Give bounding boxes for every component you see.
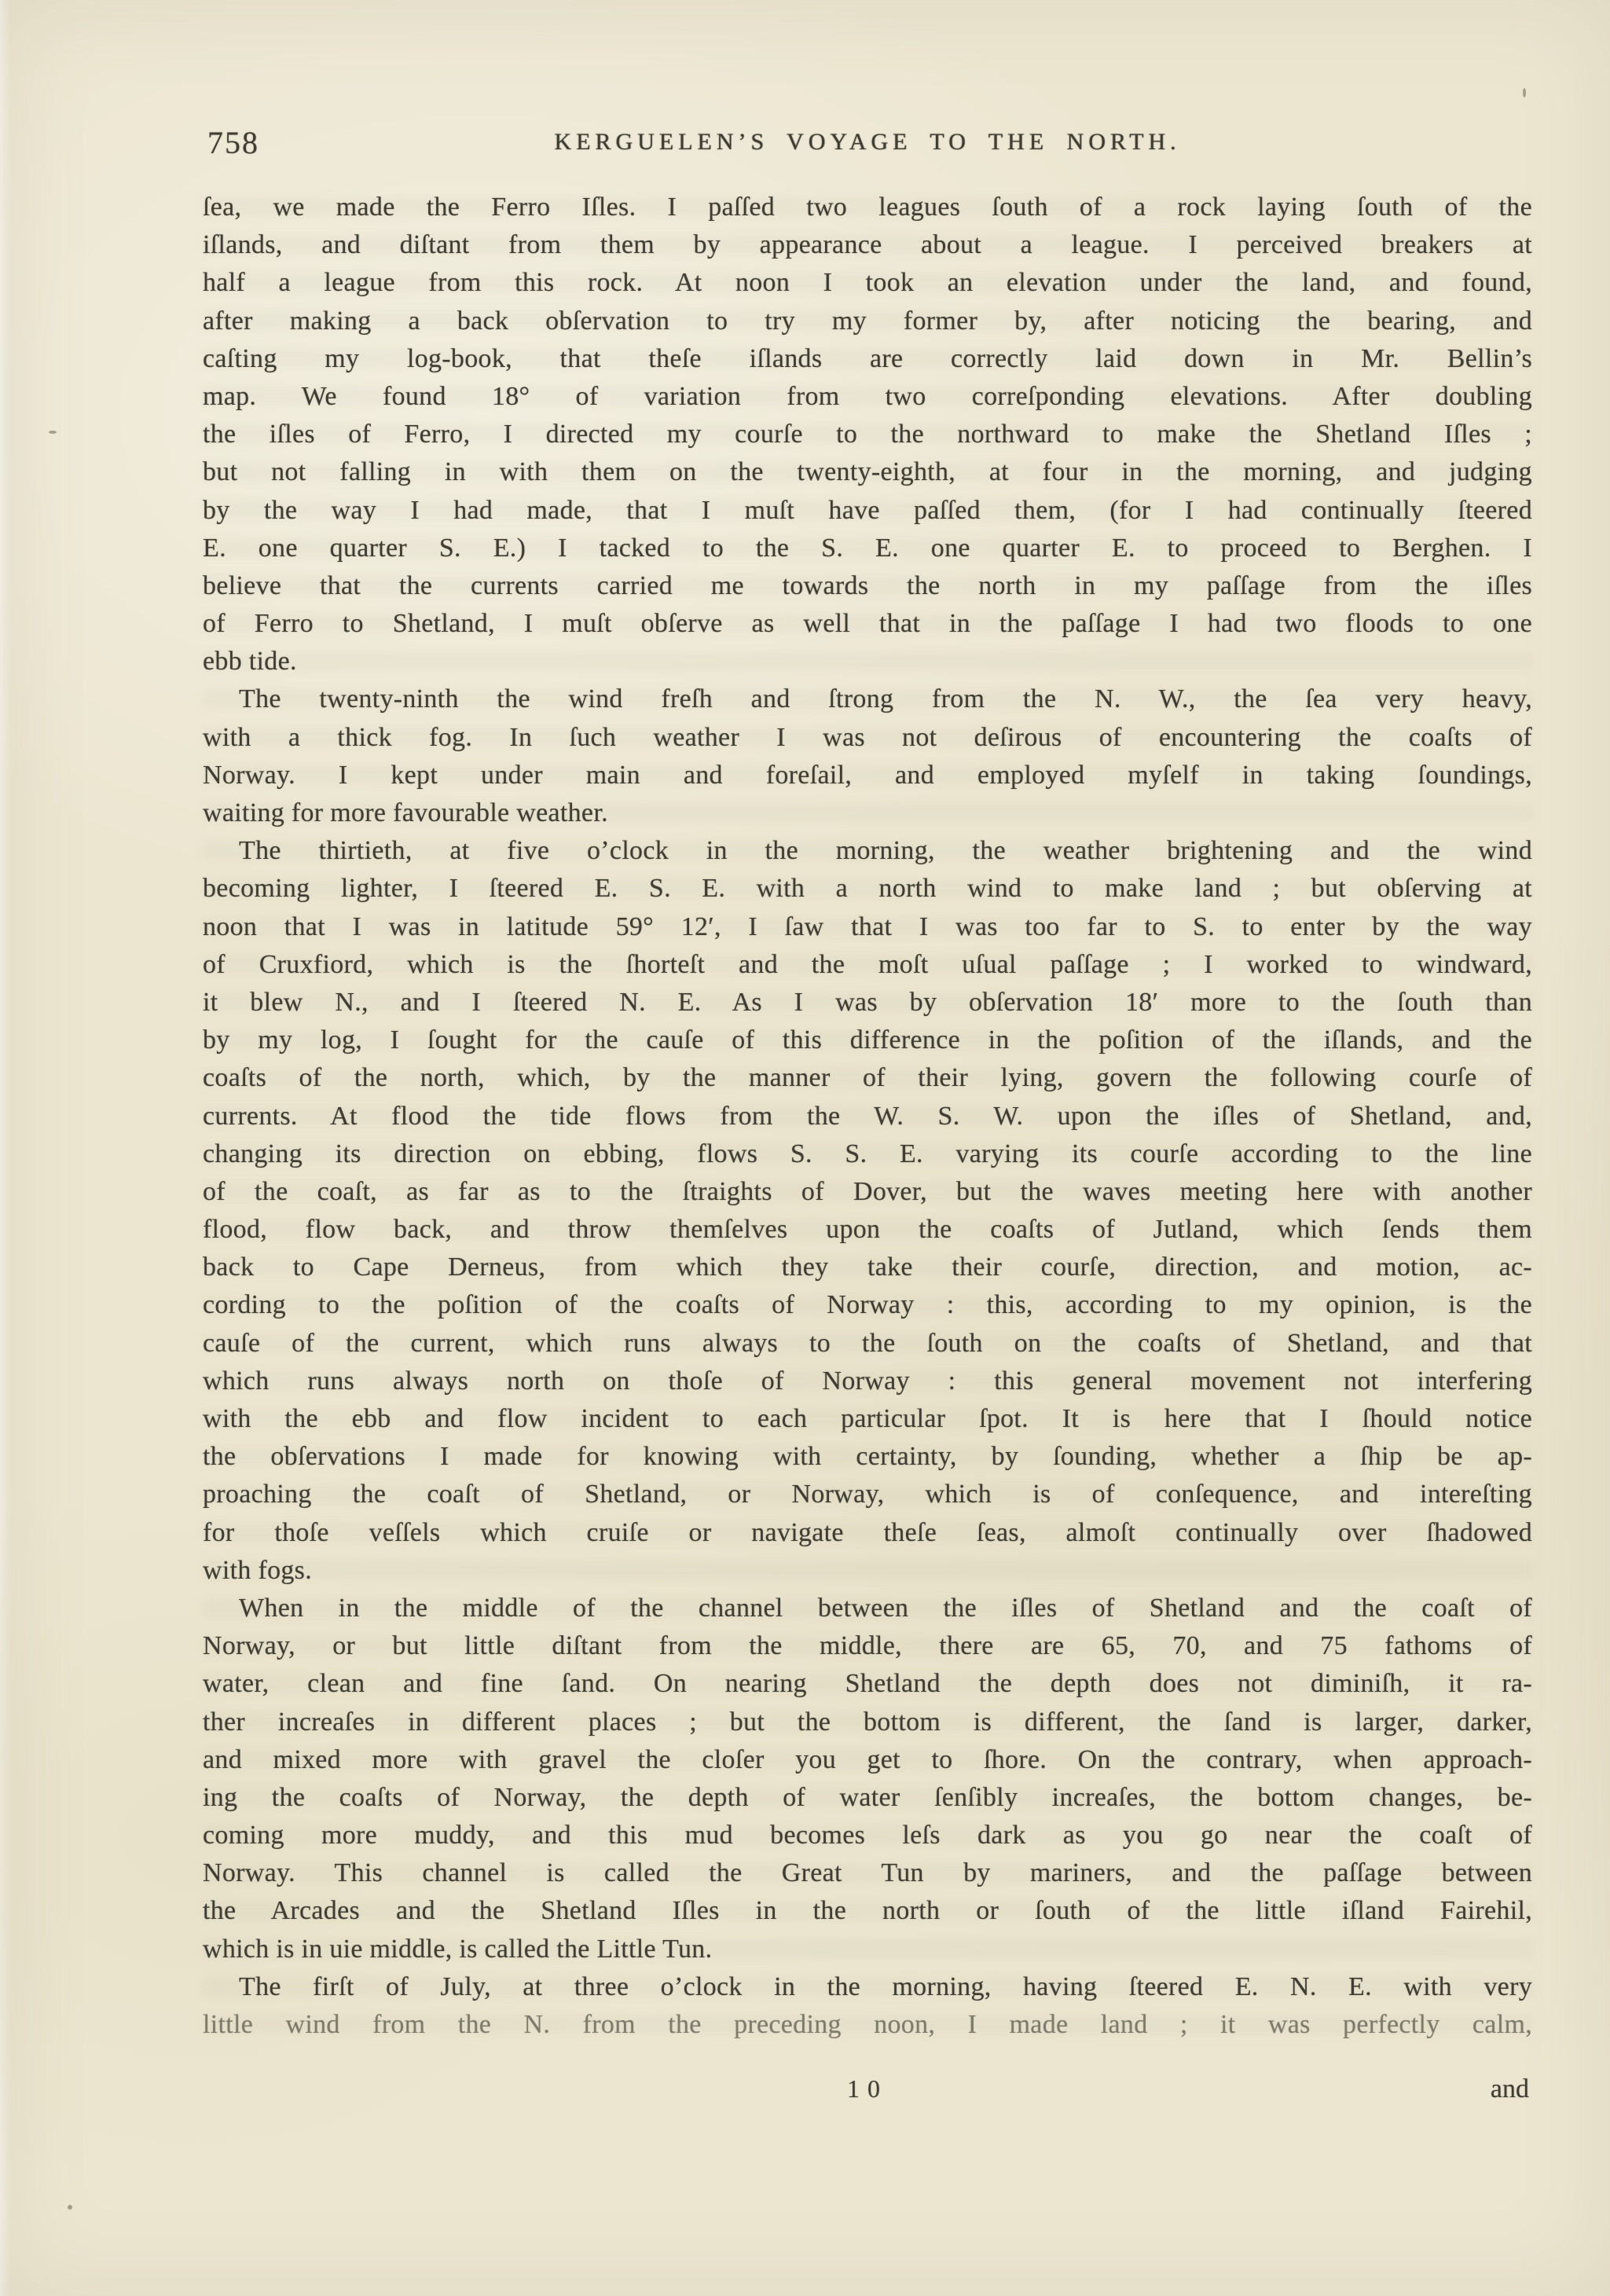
- text-line: half a league from this rock. At noon I …: [203, 264, 1532, 302]
- text-line: which is in uie middle, is called the Li…: [203, 1931, 1532, 1968]
- running-title: KERGUELEN’S VOYAGE TO THE NORTH.: [203, 129, 1532, 156]
- text-line: Norway. I kept under main and foreſail, …: [203, 757, 1532, 794]
- text-line: the iſles of Ferro, I directed my courſe…: [203, 416, 1532, 453]
- text-line: noon that I was in latitude 59° 12′, I ſ…: [203, 908, 1532, 946]
- text-line: and mixed more with gravel the cloſer yo…: [203, 1741, 1532, 1779]
- text-line: ing the coaſts of Norway, the depth of w…: [203, 1779, 1532, 1817]
- text-line: waiting for more favourable weather.: [203, 794, 1532, 832]
- text-line: E. one quarter S. E.) I tacked to the S.…: [203, 530, 1532, 567]
- paper-speck: [1523, 88, 1526, 97]
- text-line: ther increaſes in different places ; but…: [203, 1704, 1532, 1741]
- text-line: coming more muddy, and this mud becomes …: [203, 1817, 1532, 1854]
- text-line: changing its direction on ebbing, flows …: [203, 1135, 1532, 1173]
- text-line: which runs always north on thoſe of Norw…: [203, 1363, 1532, 1400]
- text-line: coaſts of the north, which, by the manne…: [203, 1059, 1532, 1097]
- text-line: The thirtieth, at five o’clock in the mo…: [203, 832, 1532, 870]
- text-line: with a thick fog. In ſuch weather I was …: [203, 719, 1532, 757]
- text-line: cording to the poſition of the coaſts of…: [203, 1286, 1532, 1324]
- text-line: by my log, I ſought for the cauſe of thi…: [203, 1021, 1532, 1059]
- text-line: The twenty-ninth the wind freſh and ſtro…: [203, 680, 1532, 718]
- text-line: with the ebb and flow incident to each p…: [203, 1400, 1532, 1438]
- text-line: by the way I had made, that I muſt have …: [203, 492, 1532, 530]
- text-line: water, clean and fine ſand. On nearing S…: [203, 1665, 1532, 1703]
- text-line: it blew N., and I ſteered N. E. As I was…: [203, 984, 1532, 1021]
- book-page: 758 KERGUELEN’S VOYAGE TO THE NORTH. ſea…: [0, 0, 1610, 2296]
- text-line: caſting my log-book, that theſe iſlands …: [203, 340, 1532, 378]
- text-line: The firſt of July, at three o’clock in t…: [203, 1968, 1532, 2006]
- paper-speck: [49, 431, 57, 434]
- text-line: ſea, we made the Ferro Iſles. I paſſed t…: [203, 189, 1532, 226]
- text-line: becoming lighter, I ſteered E. S. E. wit…: [203, 870, 1532, 908]
- text-line: with fogs.: [203, 1552, 1532, 1590]
- text-line: but not falling in with them on the twen…: [203, 453, 1532, 491]
- text-line: the obſervations I made for knowing with…: [203, 1438, 1532, 1476]
- text-line: map. We found 18° of variation from two …: [203, 378, 1532, 416]
- text-line: of the coaſt, as far as to the ſtraights…: [203, 1173, 1532, 1211]
- text-line: iſlands, and diſtant from them by appear…: [203, 226, 1532, 264]
- text-line: cauſe of the current, which runs always …: [203, 1325, 1532, 1363]
- text-line: the Arcades and the Shetland Iſles in th…: [203, 1892, 1532, 1930]
- text-line: Norway. This channel is called the Great…: [203, 1854, 1532, 1892]
- page-footer: 10 and: [203, 2074, 1532, 2114]
- text-line: back to Cape Derneus, from which they ta…: [203, 1249, 1532, 1286]
- text-line: for thoſe veſſels which cruiſe or naviga…: [203, 1514, 1532, 1552]
- text-line: flood, flow back, and throw themſelves u…: [203, 1211, 1532, 1249]
- text-line: ebb tide.: [203, 643, 1532, 680]
- page-header: 758 KERGUELEN’S VOYAGE TO THE NORTH.: [203, 123, 1532, 163]
- text-line: currents. At flood the tide flows from t…: [203, 1098, 1532, 1135]
- text-line: of Cruxfiord, which is the ſhorteſt and …: [203, 946, 1532, 984]
- page-body-text: ſea, we made the Ferro Iſles. I paſſed t…: [203, 189, 1532, 2044]
- paper-speck: [68, 2205, 72, 2210]
- text-line: believe that the currents carried me tow…: [203, 567, 1532, 605]
- catchword: and: [1491, 2074, 1529, 2104]
- text-line: little wind from the N. from the precedi…: [203, 2006, 1532, 2044]
- text-line: Norway, or but little diſtant from the m…: [203, 1627, 1532, 1665]
- text-line: When in the middle of the channel betwee…: [203, 1590, 1532, 1627]
- text-line: of Ferro to Shetland, I muſt obſerve as …: [203, 605, 1532, 643]
- text-line: after making a back obſervation to try m…: [203, 303, 1532, 340]
- text-line: proaching the coaſt of Shetland, or Norw…: [203, 1476, 1532, 1513]
- signature-mark: 10: [203, 2074, 1532, 2103]
